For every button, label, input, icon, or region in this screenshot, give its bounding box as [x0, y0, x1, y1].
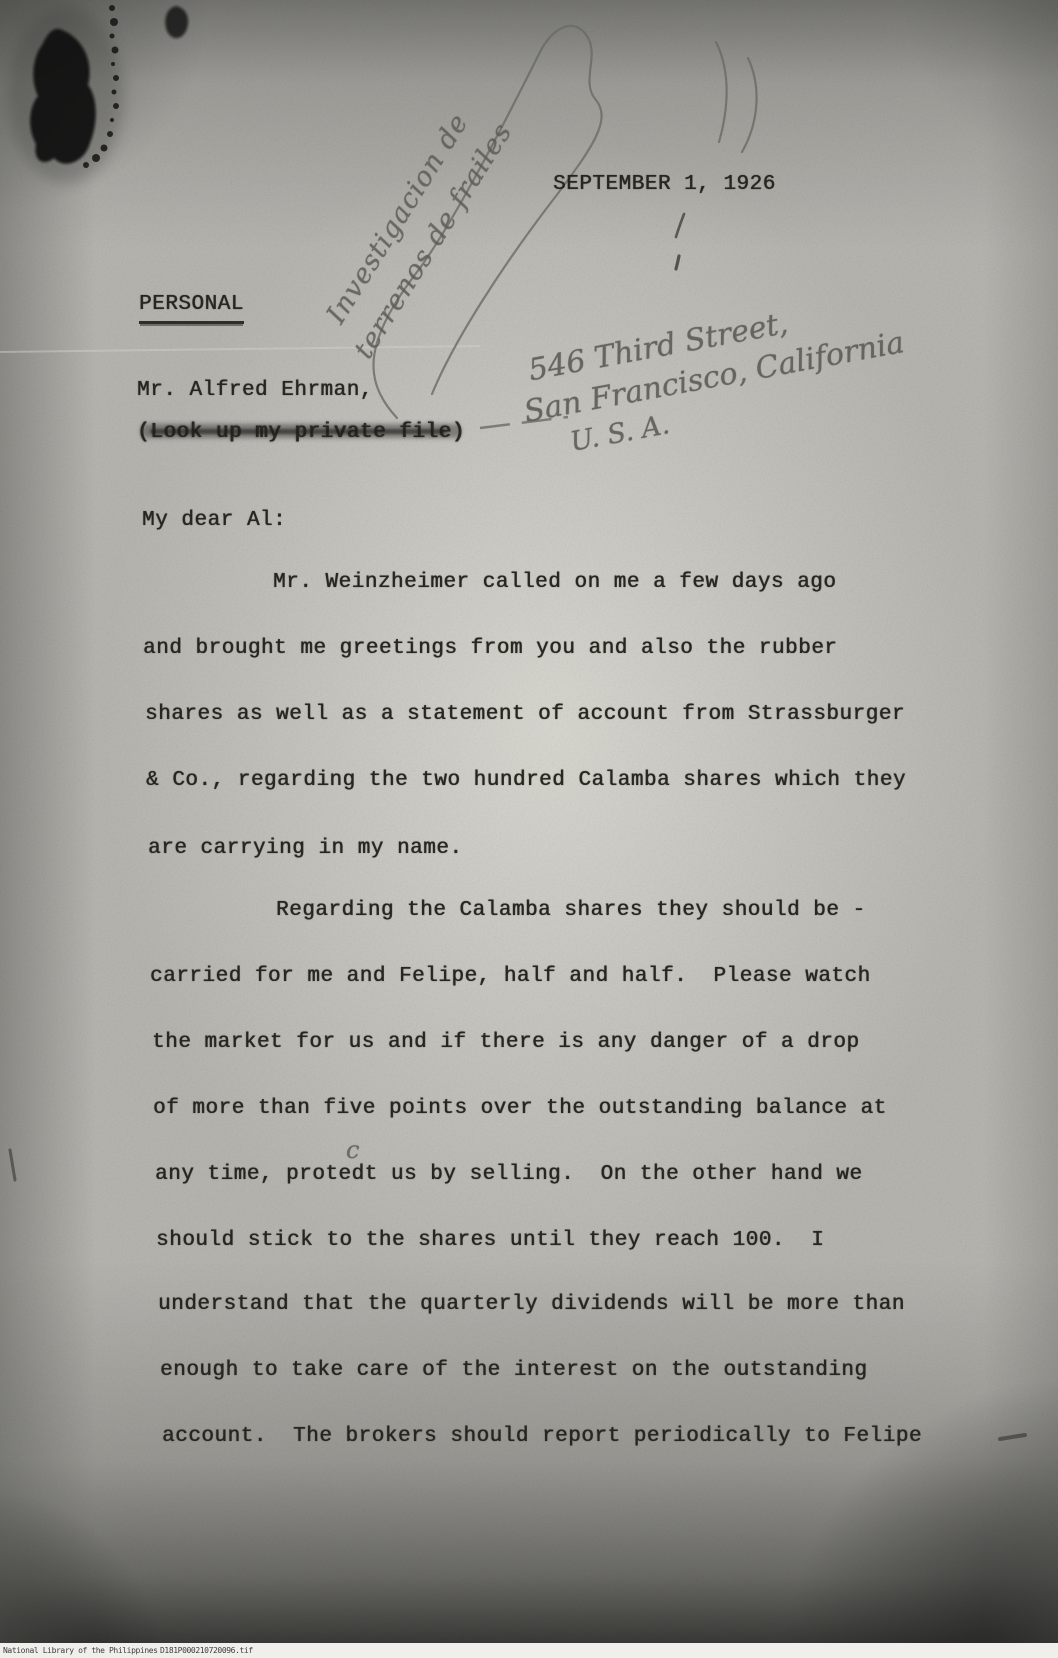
body-line: are carrying in my name. — [148, 836, 462, 862]
body-line: should stick to the shares until they re… — [156, 1228, 824, 1254]
scanned-letter-page: SEPTEMBER 1, 1926 PERSONAL Mr. Alfred Eh… — [0, 0, 1058, 1658]
handwritten-correction: c — [346, 1136, 359, 1164]
pencil-annotations-layer — [0, 0, 1058, 1658]
salutation: My dear Al: — [142, 508, 286, 534]
scan-filename: D181P000210720096.tif — [160, 1643, 253, 1658]
stray-pencil-stroke — [742, 58, 757, 152]
body-line: carried for me and Felipe, half and half… — [150, 964, 871, 990]
body-line: and brought me greetings from you and al… — [143, 636, 837, 662]
stray-pencil-stroke — [716, 42, 727, 142]
body-line: of more than five points over the outsta… — [153, 1096, 887, 1122]
diagonal-handwritten-note: Investigacion de terrenos de frailes — [291, 65, 540, 394]
footer-bar: National Library of the Philippines D181… — [0, 1643, 1058, 1658]
body-line: understand that the quarterly dividends … — [158, 1292, 905, 1318]
paper-crease — [0, 346, 480, 352]
body-line: the market for us and if there is any da… — [152, 1030, 860, 1056]
body-line: & Co., regarding the two hundred Calamba… — [146, 768, 906, 794]
strike-smudge-core — [150, 429, 446, 434]
library-credit: National Library of the Philippines — [3, 1643, 158, 1658]
body-line: enough to take care of the interest on t… — [160, 1358, 868, 1384]
handwritten-address: 546 Third Street, San Francisco, Califor… — [514, 286, 914, 468]
body-line: any time, protedt us by selling. On the … — [155, 1162, 863, 1188]
letter-date: SEPTEMBER 1, 1926 — [553, 172, 776, 198]
ink-blot — [8, 5, 188, 183]
body-line: account. The brokers should report perio… — [162, 1424, 922, 1450]
recipient-line: Mr. Alfred Ehrman, — [137, 378, 373, 404]
body-line: shares as well as a statement of account… — [145, 702, 905, 728]
scan-grain-overlay — [0, 0, 1058, 1658]
personal-tag: PERSONAL — [139, 292, 244, 324]
body-line: Mr. Weinzheimer called on me a few days … — [273, 570, 836, 596]
body-line: Regarding the Calamba shares they should… — [276, 898, 866, 924]
